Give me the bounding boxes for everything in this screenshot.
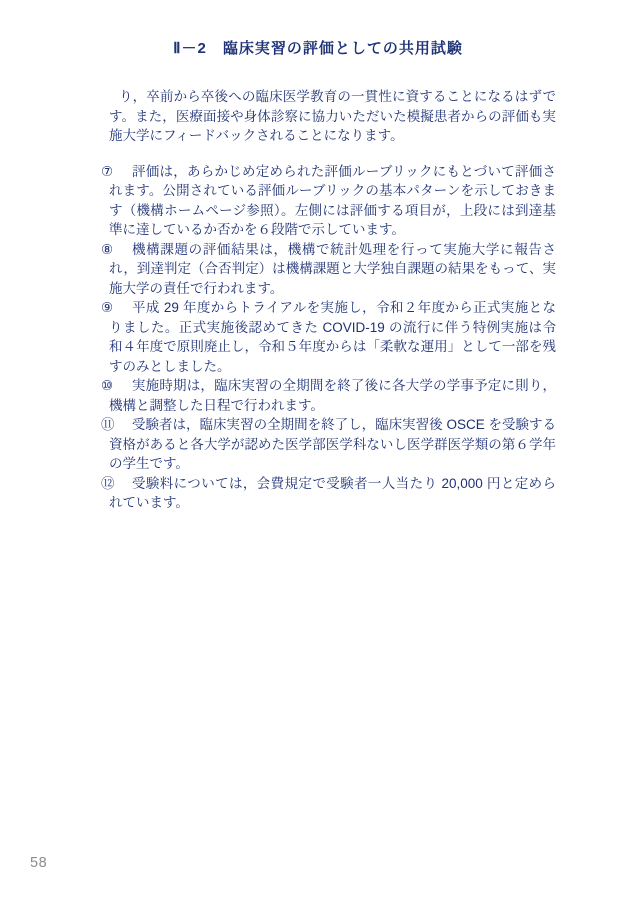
document-page: Ⅱ－2 臨床実習の評価としての共用試験 り，卒前から卒後への臨床医学教育の一貫性…	[0, 0, 636, 900]
item-text: 評価は，あらかじめ定められた評価ルーブリックにもとづいて評価されます。公開されて…	[109, 164, 556, 238]
item-text: 受験者は，臨床実習の全期間を終了し，臨床実習後 OSCE を受験する資格があると…	[109, 417, 556, 471]
item-text: 平成 29 年度からトライアルを実施し，令和２年度から正式実施となりました。正式…	[109, 300, 556, 374]
item-text: 実施時期は，臨床実習の全期間を終了後に各大学の学事予定に則り，機構と調整した日程…	[109, 378, 556, 413]
numbered-item-11: ⑪受験者は，臨床実習の全期間を終了し，臨床実習後 OSCE を受験する資格がある…	[109, 415, 556, 474]
item-number: ⑩	[101, 376, 113, 396]
numbered-item-7: ⑦評価は，あらかじめ定められた評価ルーブリックにもとづいて評価されます。公開され…	[109, 162, 556, 240]
page-title: Ⅱ－2 臨床実習の評価としての共用試験	[0, 0, 636, 57]
numbered-item-12: ⑫受験料については，会費規定で受験者一人当たり 20,000 円と定められていま…	[109, 474, 556, 513]
item-number: ⑨	[101, 298, 113, 318]
numbered-item-10: ⑩実施時期は，臨床実習の全期間を終了後に各大学の学事予定に則り，機構と調整した日…	[109, 376, 556, 415]
intro-paragraph: り，卒前から卒後への臨床医学教育の一貫性に資することになるはずです。また，医療面…	[109, 87, 556, 146]
page-number: 58	[30, 855, 47, 871]
numbered-item-list: ⑦評価は，あらかじめ定められた評価ルーブリックにもとづいて評価されます。公開され…	[109, 162, 556, 513]
item-number: ⑪	[101, 415, 115, 435]
item-text: 機構課題の評価結果は，機構で統計処理を行って実施大学に報告され，到達判定（合否判…	[109, 242, 556, 296]
item-number: ⑦	[101, 162, 113, 182]
numbered-item-8: ⑧機構課題の評価結果は，機構で統計処理を行って実施大学に報告され，到達判定（合否…	[109, 240, 556, 299]
item-number: ⑫	[101, 474, 115, 494]
item-number: ⑧	[101, 240, 113, 260]
item-text: 受験料については，会費規定で受験者一人当たり 20,000 円と定められています…	[109, 476, 556, 511]
numbered-item-9: ⑨平成 29 年度からトライアルを実施し，令和２年度から正式実施となりました。正…	[109, 298, 556, 376]
